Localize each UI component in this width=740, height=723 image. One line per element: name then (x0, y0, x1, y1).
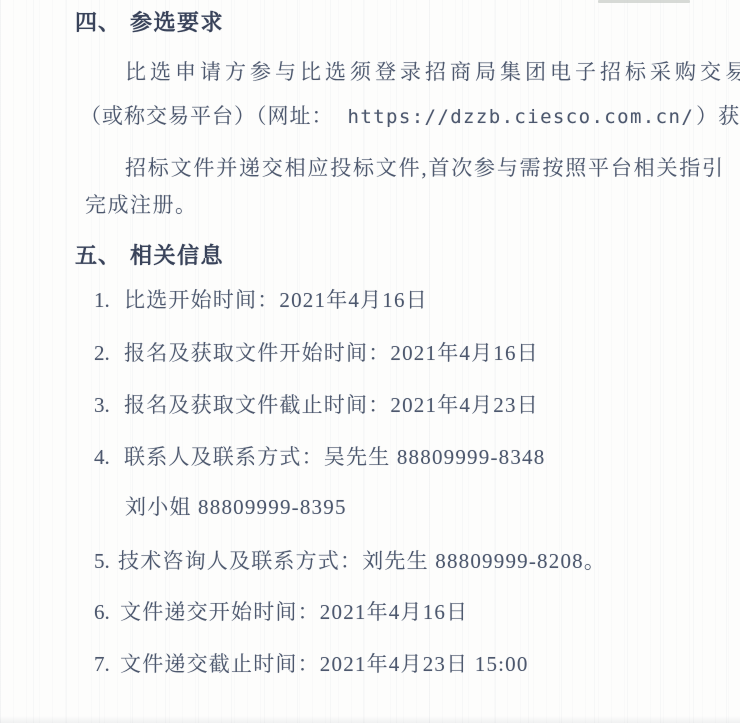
list-item-submission-deadline: 7.文件递交截止时间：2021年4月23日 15:00 (94, 648, 529, 678)
item-text: 文件递交截止时间：2021年4月23日 15:00 (120, 652, 529, 676)
section-heading-info: 五、相关信息 (75, 239, 224, 270)
item-text: 文件递交开始时间：2021年4月16日 (120, 600, 468, 624)
section-number: 四、 (75, 10, 121, 35)
paragraph-line-3: 招标文件并递交相应投标文件,首次参与需按照平台相关指引 (125, 152, 725, 182)
list-item-contact: 4.联系人及联系方式：吴先生 88809999-8348 (94, 441, 545, 471)
item-text: 联系人及联系方式：吴先生 88809999-8348 (124, 445, 545, 469)
paragraph-line-2-suffix: ）获取 (696, 104, 740, 128)
list-item-registration-deadline: 3.报名及获取文件截止时间：2021年4月23日 (94, 389, 539, 419)
item-number: 1. (94, 288, 124, 313)
paragraph-line-2: （或称交易平台）（网址：https://dzzb.ciesco.com.cn/）… (80, 100, 740, 130)
list-item-registration-start: 2.报名及获取文件开始时间：2021年4月16日 (94, 337, 539, 367)
section-heading-requirements: 四、参选要求 (75, 6, 224, 37)
item-text: 比选开始时间：2021年4月16日 (124, 288, 428, 312)
item-number: 3. (94, 393, 124, 418)
item-number: 7. (94, 652, 120, 677)
section-title: 相关信息 (130, 243, 224, 268)
item-text: 技术咨询人及联系方式：刘先生 88809999-8208。 (118, 549, 606, 573)
item-number: 5. (94, 549, 118, 574)
item-text: 报名及获取文件截止时间：2021年4月23日 (124, 393, 539, 417)
page-bottom-shadow (0, 716, 740, 723)
document-page: 四、参选要求 比选申请方参与比选须登录招商局集团电子招标采购交易网 （或称交易平… (0, 0, 740, 723)
item-number: 4. (94, 445, 124, 470)
scan-artifact (598, 0, 690, 3)
platform-url: https://dzzb.ciesco.com.cn/ (348, 106, 695, 128)
list-item-contact-continued: 刘小姐 88809999-8395 (125, 491, 347, 521)
item-number: 6. (94, 600, 120, 625)
item-text: 刘小姐 88809999-8395 (125, 495, 347, 519)
paragraph-line-2-prefix: （或称交易平台）（网址： (80, 104, 334, 128)
paragraph-line-1: 比选申请方参与比选须登录招商局集团电子招标采购交易网 (125, 56, 740, 86)
section-title: 参选要求 (130, 10, 224, 35)
paragraph-line-4: 完成注册。 (85, 189, 198, 219)
item-number: 2. (94, 341, 124, 366)
section-number: 五、 (75, 243, 121, 268)
list-item-start-time: 1.比选开始时间：2021年4月16日 (94, 284, 428, 314)
item-text: 报名及获取文件开始时间：2021年4月16日 (124, 341, 539, 365)
list-item-submission-start: 6.文件递交开始时间：2021年4月16日 (94, 596, 468, 626)
list-item-technical-contact: 5.技术咨询人及联系方式：刘先生 88809999-8208。 (94, 545, 606, 575)
